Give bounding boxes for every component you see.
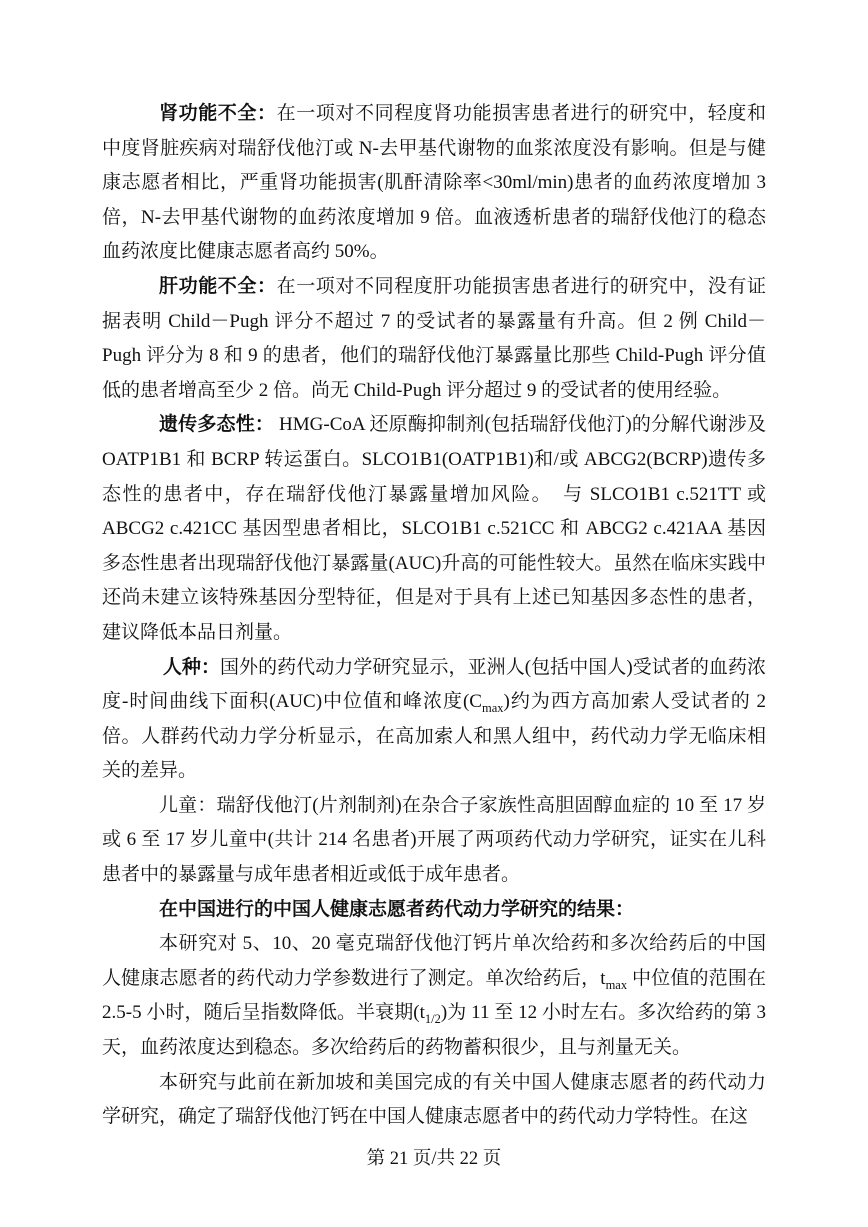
bold-lead-text: 肝功能不全： [159, 276, 277, 297]
page-number: 第 21 页/共 22 页 [367, 1149, 502, 1169]
body-text: 在一项对不同程度肾功能损害患者进行的研究中，轻度和中度肾脏疾病对瑞舒伐他汀或 N… [102, 103, 766, 262]
bold-lead-text: 肾功能不全： [159, 103, 277, 124]
para-race: 人种：国外的药代动力学研究显示，亚洲人(包括中国人)受试者的血药浓度-时间曲线下… [102, 651, 766, 789]
body-text: HMG-CoA 还原酶抑制剂(包括瑞舒伐他汀)的分解代谢涉及 OATP1B1 和… [102, 414, 766, 643]
bold-lead-text: 人种： [159, 657, 220, 678]
document-body: 肾功能不全：在一项对不同程度肾功能损害患者进行的研究中，轻度和中度肾脏疾病对瑞舒… [102, 97, 766, 1135]
body-text: 儿童：瑞舒伐他汀(片剂制剂)在杂合子家族性高胆固醇血症的 10 至 17 岁或 … [102, 795, 766, 885]
body-text: 本研究与此前在新加坡和美国完成的有关中国人健康志愿者的药代动力学研究，确定了瑞舒… [102, 1072, 766, 1128]
heading-china-study-results: 在中国进行的中国人健康志愿者药代动力学研究的结果： [102, 893, 766, 928]
page-footer: 第 21 页/共 22 页 [0, 1145, 868, 1173]
subscript-text: max [606, 978, 628, 992]
para-genetic-polymorphism: 遗传多态性： HMG-CoA 还原酶抑制剂(包括瑞舒伐他汀)的分解代谢涉及 OA… [102, 408, 766, 650]
para-china-study-2: 本研究与此前在新加坡和美国完成的有关中国人健康志愿者的药代动力学研究，确定了瑞舒… [102, 1066, 766, 1135]
para-china-study-1: 本研究对 5、10、20 毫克瑞舒伐他汀钙片单次给药和多次给药后的中国人健康志愿… [102, 927, 766, 1065]
para-children: 儿童：瑞舒伐他汀(片剂制剂)在杂合子家族性高胆固醇血症的 10 至 17 岁或 … [102, 789, 766, 893]
bold-lead-text: 在中国进行的中国人健康志愿者药代动力学研究的结果： [159, 899, 634, 920]
subscript-text: 1/2 [425, 1012, 441, 1026]
para-renal-impairment: 肾功能不全：在一项对不同程度肾功能损害患者进行的研究中，轻度和中度肾脏疾病对瑞舒… [102, 97, 766, 270]
document-page: 肾功能不全：在一项对不同程度肾功能损害患者进行的研究中，轻度和中度肾脏疾病对瑞舒… [0, 0, 868, 1227]
para-hepatic-impairment: 肝功能不全：在一项对不同程度肝功能损害患者进行的研究中，没有证据表明 Child… [102, 270, 766, 408]
subscript-text: max [482, 701, 504, 715]
bold-lead-text: 遗传多态性： [159, 414, 274, 435]
